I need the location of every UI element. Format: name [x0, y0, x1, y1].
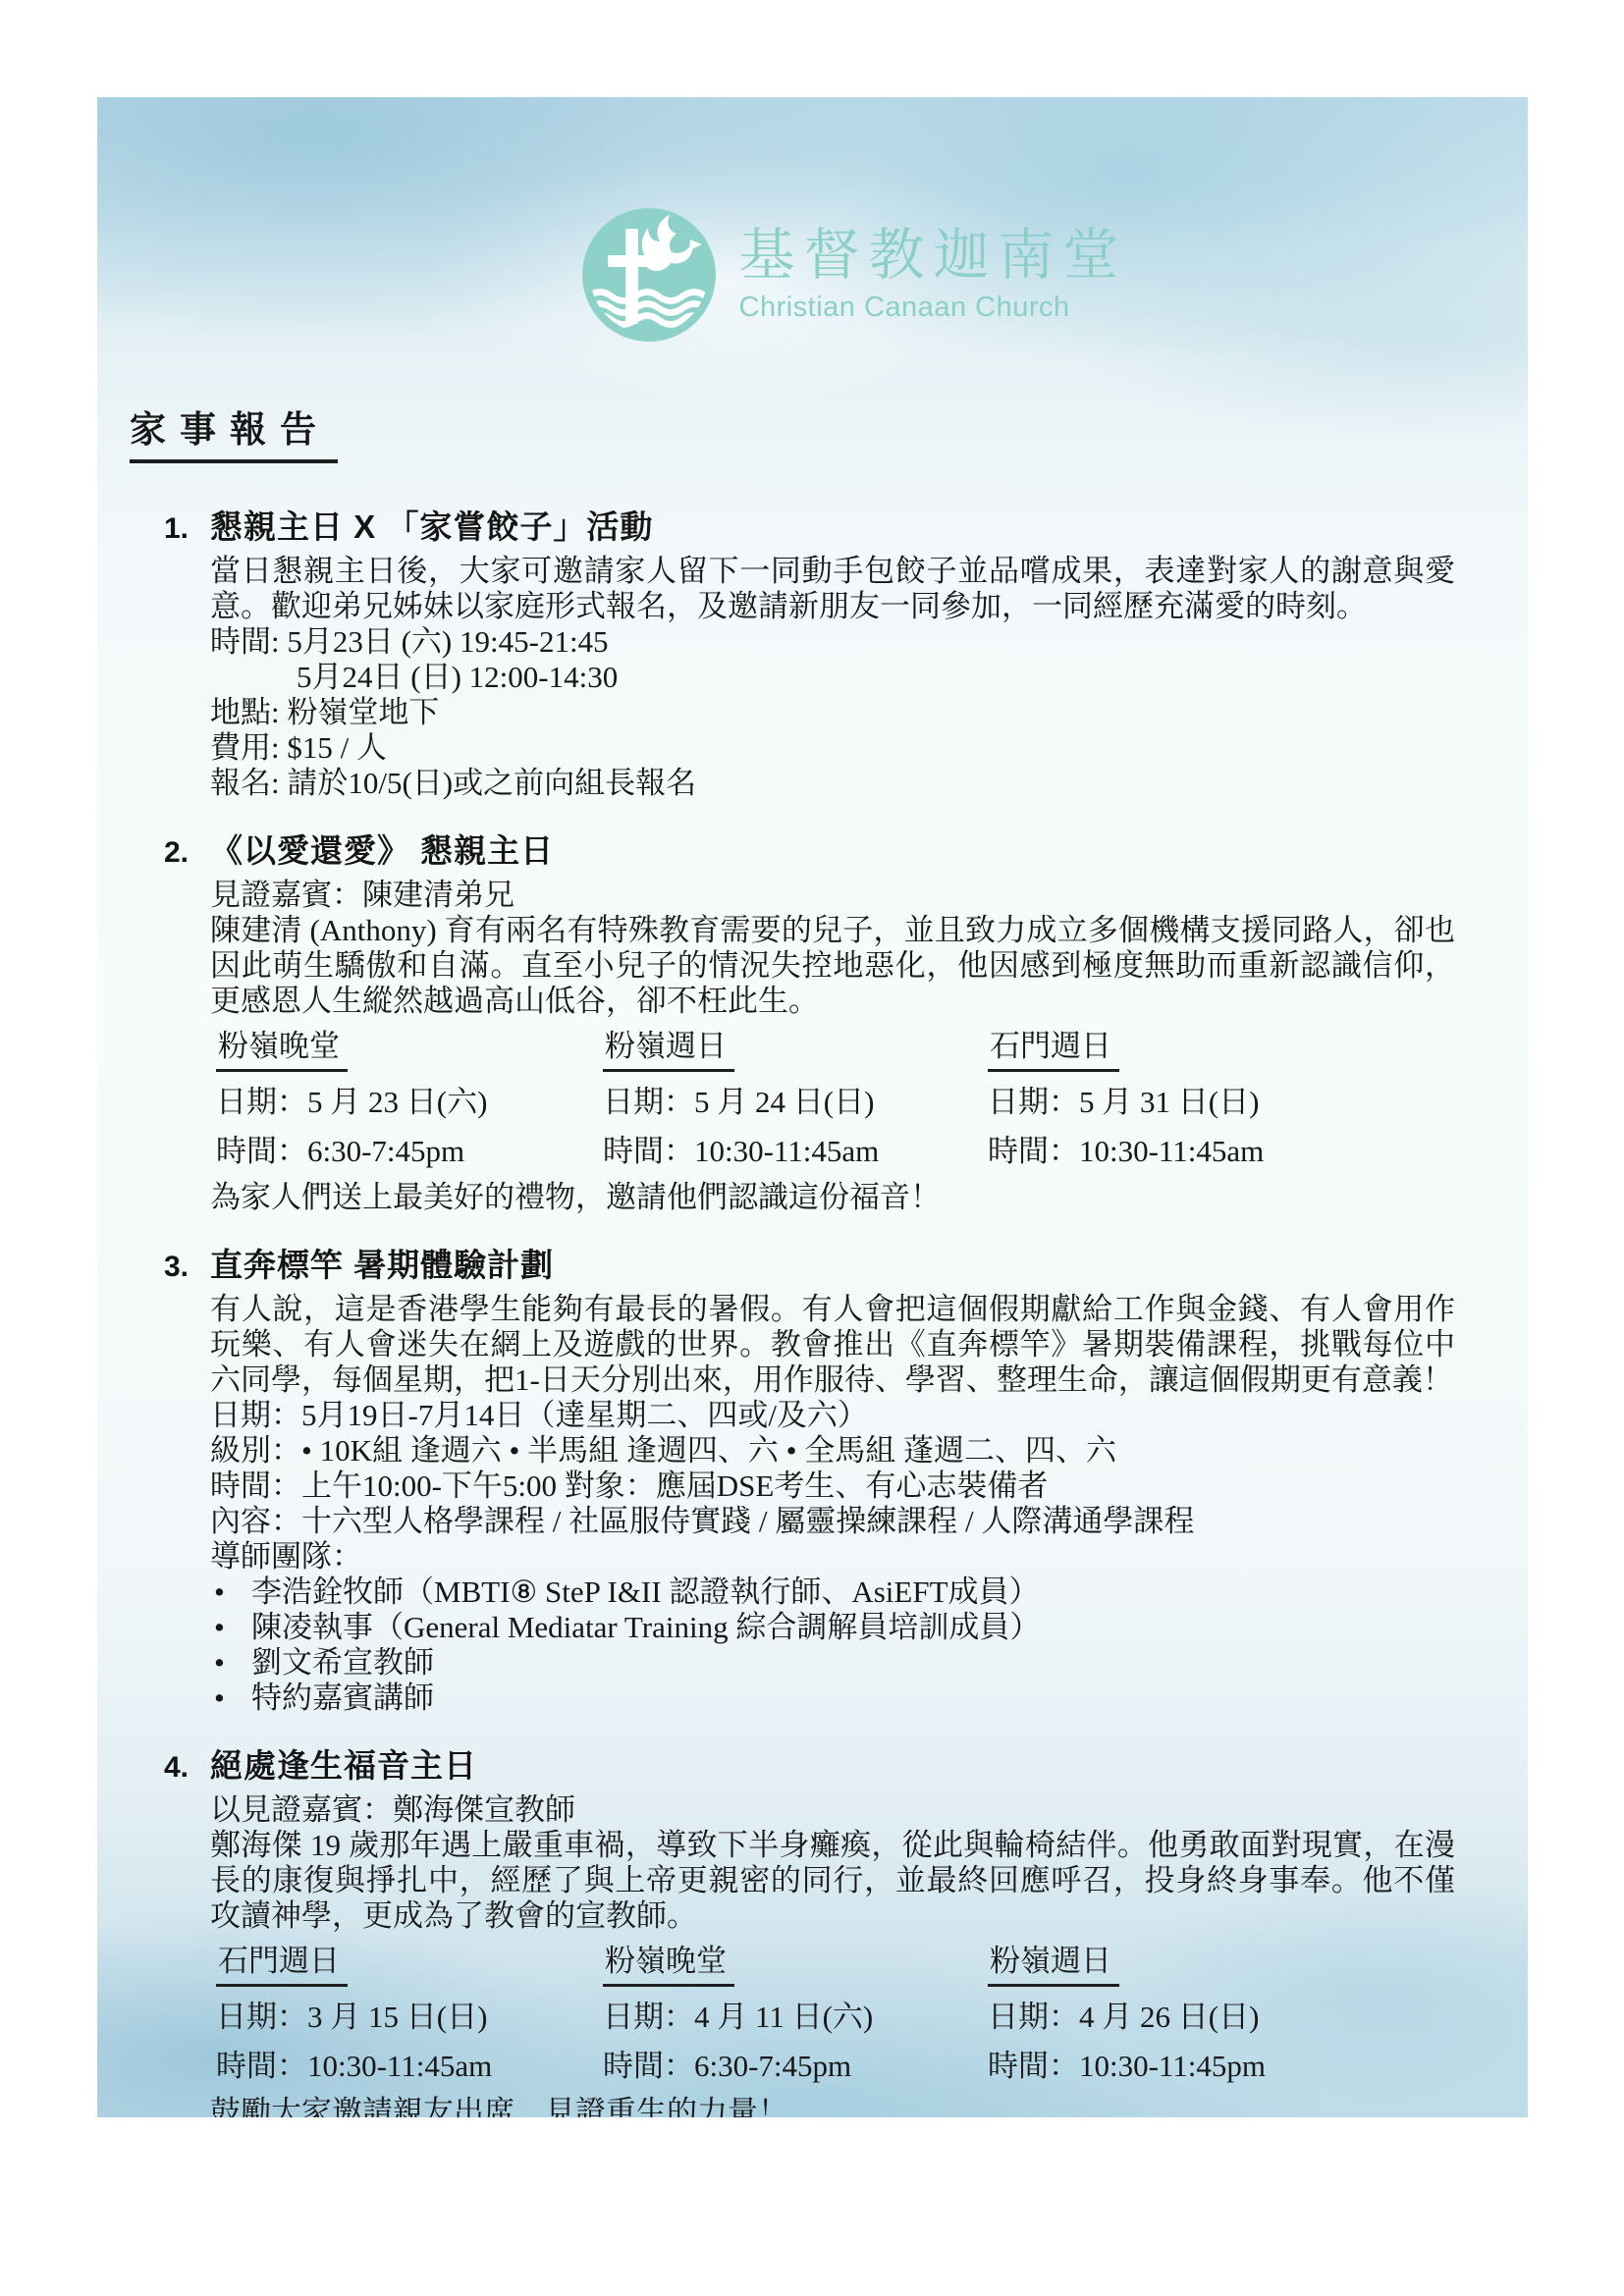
section-paragraph: 陳建清 (Anthony) 育有兩名有特殊教育需要的兒子，並且致力成立多個機構支…: [210, 913, 1455, 1019]
service-schedule-table: 粉嶺晚堂 日期：5 月 23 日(六) 時間：6:30-7:45pm 粉嶺週日 …: [210, 1027, 1455, 1176]
section-footer: 為家人們送上最美好的禮物，邀請他們認識這份福音！: [210, 1180, 1455, 1215]
church-name-zh: 基督教迦南堂: [739, 225, 1128, 287]
announcement-list: 1. 懇親主日 X 「家嘗餃子」活動 當日懇親主日後，大家可邀請家人留下一同動手…: [164, 507, 1469, 2117]
venue-column: 粉嶺週日 日期：5 月 24 日(日) 時間：10:30-11:45am: [603, 1027, 988, 1176]
page-title-text: 家事報告: [130, 400, 338, 463]
section-title: 直奔標竿 暑期體驗計劃: [210, 1245, 554, 1287]
team-list: 李浩銓牧師（MBTI⑧ SteP I&II 認證執行師、AsiEFT成員） 陳凌…: [210, 1575, 1455, 1716]
section-title: 絕處逢生福音主日: [210, 1745, 477, 1788]
section-paragraph: 有人說，這是香港學生能夠有最長的暑假。有人會把這個假期獻給工作與金錢、有人會用作…: [210, 1292, 1455, 1398]
section-3-body: 有人說，這是香港學生能夠有最長的暑假。有人會把這個假期獻給工作與金錢、有人會用作…: [210, 1292, 1455, 1716]
team-member: 陳凌執事（General Mediatar Training 綜合調解員培訓成員…: [210, 1610, 1455, 1645]
page-title: 家事報告: [130, 400, 1528, 463]
detail-time-2: 5月24日 (日) 12:00-14:30: [210, 660, 1455, 695]
guest-line: 見證嘉賓：陳建清弟兄: [210, 878, 1455, 913]
service-date: 日期：4 月 11 日(六): [603, 1993, 988, 2042]
section-title: 懇親主日 X 「家嘗餃子」活動: [210, 507, 653, 549]
detail-venue: 地點: 粉嶺堂地下: [210, 695, 1455, 730]
venue-name: 粉嶺晚堂: [603, 1942, 734, 1987]
service-date: 日期：5 月 24 日(日): [603, 1078, 988, 1127]
team-member: 特約嘉賓講師: [210, 1681, 1455, 1716]
venue-column: 石門週日 日期：3 月 15 日(日) 時間：10:30-11:45am: [216, 1942, 603, 2091]
section-footer: 鼓勵大家邀請親友出席，見證重生的力量！: [210, 2095, 1455, 2117]
announcement-sheet: 基督教迦南堂 Christian Canaan Church 家事報告 1. 懇…: [97, 97, 1528, 2117]
church-logo: 基督教迦南堂 Christian Canaan Church: [138, 203, 1528, 347]
section-number: 4.: [164, 1751, 210, 1785]
detail-date: 日期：5月19日-7月14日（達星期二、四或/及六）: [210, 1398, 1455, 1433]
detail-time-target: 時間：上午10:00-下午5:00 對象：應屆DSE考生、有心志裝備者: [210, 1468, 1455, 1504]
service-date: 日期：5 月 23 日(六): [216, 1078, 603, 1127]
section-paragraph: 鄭海傑 19 歲那年遇上嚴重車禍，導致下半身癱瘓，從此與輪椅結伴。他勇敢面對現實…: [210, 1828, 1455, 1934]
detail-fee: 費用: $15 / 人: [210, 730, 1455, 766]
section-3-heading: 3. 直奔標竿 暑期體驗計劃: [164, 1245, 1469, 1287]
section-1-body: 當日懇親主日後，大家可邀請家人留下一同動手包餃子並品嚐成果，表達對家人的謝意與愛…: [210, 554, 1455, 801]
section-3-summer-program: 3. 直奔標竿 暑期體驗計劃 有人說，這是香港學生能夠有最長的暑假。有人會把這個…: [164, 1245, 1469, 1716]
section-4-heading: 4. 絕處逢生福音主日: [164, 1745, 1469, 1788]
section-number: 1.: [164, 512, 210, 546]
church-name: 基督教迦南堂 Christian Canaan Church: [739, 225, 1128, 324]
guest-line: 以見證嘉賓：鄭海傑宣教師: [210, 1792, 1455, 1828]
venue-name: 粉嶺週日: [603, 1027, 734, 1072]
venue-name: 石門週日: [216, 1942, 348, 1987]
detail-content: 內容：十六型人格學課程 / 社區服侍實踐 / 屬靈操練課程 / 人際溝通學課程: [210, 1504, 1455, 1539]
venue-column: 粉嶺晚堂 日期：4 月 11 日(六) 時間：6:30-7:45pm: [603, 1942, 988, 2091]
service-date: 日期：3 月 15 日(日): [216, 1993, 603, 2042]
section-number: 3.: [164, 1251, 210, 1284]
service-date: 日期：5 月 31 日(日): [988, 1078, 1455, 1127]
cross-dove-waves-icon: [580, 206, 718, 344]
venue-name: 粉嶺晚堂: [216, 1027, 348, 1072]
detail-groups: 級別：• 10K組 逢週六 • 半馬組 逢週四、六 • 全馬組 蓬週二、四、六: [210, 1433, 1455, 1468]
team-member: 李浩銓牧師（MBTI⑧ SteP I&II 認證執行師、AsiEFT成員）: [210, 1575, 1455, 1610]
section-4-gospel-sunday: 4. 絕處逢生福音主日 以見證嘉賓：鄭海傑宣教師 鄭海傑 19 歲那年遇上嚴重車…: [164, 1745, 1469, 2117]
section-title: 《以愛還愛》 懇親主日: [210, 830, 554, 873]
church-name-en: Christian Canaan Church: [739, 291, 1128, 325]
venue-name: 粉嶺週日: [988, 1942, 1119, 1987]
section-2-heading: 2. 《以愛還愛》 懇親主日: [164, 830, 1469, 873]
section-1-heading: 1. 懇親主日 X 「家嘗餃子」活動: [164, 507, 1469, 549]
service-schedule-table: 石門週日 日期：3 月 15 日(日) 時間：10:30-11:45am 粉嶺晚…: [210, 1942, 1455, 2091]
detail-team-label: 導師團隊：: [210, 1539, 1455, 1575]
venue-column: 粉嶺晚堂 日期：5 月 23 日(六) 時間：6:30-7:45pm: [216, 1027, 603, 1176]
service-time: 時間：6:30-7:45pm: [603, 2042, 988, 2091]
venue-name: 石門週日: [988, 1027, 1119, 1072]
service-time: 時間：10:30-11:45am: [988, 1127, 1455, 1176]
section-4-body: 以見證嘉賓：鄭海傑宣教師 鄭海傑 19 歲那年遇上嚴重車禍，導致下半身癱瘓，從此…: [210, 1792, 1455, 2117]
section-2-love-for-love-sunday: 2. 《以愛還愛》 懇親主日 見證嘉賓：陳建清弟兄 陳建清 (Anthony) …: [164, 830, 1469, 1215]
service-time: 時間：6:30-7:45pm: [216, 1127, 603, 1176]
section-1-family-sunday-dumpling: 1. 懇親主日 X 「家嘗餃子」活動 當日懇親主日後，大家可邀請家人留下一同動手…: [164, 507, 1469, 801]
section-number: 2.: [164, 836, 210, 870]
section-paragraph: 當日懇親主日後，大家可邀請家人留下一同動手包餃子並品嚐成果，表達對家人的謝意與愛…: [210, 554, 1455, 624]
venue-column: 石門週日 日期：5 月 31 日(日) 時間：10:30-11:45am: [988, 1027, 1455, 1176]
detail-signup: 報名: 請於10/5(日)或之前向組長報名: [210, 766, 1455, 801]
service-date: 日期：4 月 26 日(日): [988, 1993, 1455, 2042]
section-2-body: 見證嘉賓：陳建清弟兄 陳建清 (Anthony) 育有兩名有特殊教育需要的兒子，…: [210, 878, 1455, 1215]
service-time: 時間：10:30-11:45pm: [988, 2042, 1455, 2091]
service-time: 時間：10:30-11:45am: [603, 1127, 988, 1176]
service-time: 時間：10:30-11:45am: [216, 2042, 603, 2091]
detail-time: 時間: 5月23日 (六) 19:45-21:45: [210, 624, 1455, 660]
team-member: 劉文希宣教師: [210, 1645, 1455, 1681]
venue-column: 粉嶺週日 日期：4 月 26 日(日) 時間：10:30-11:45pm: [988, 1942, 1455, 2091]
